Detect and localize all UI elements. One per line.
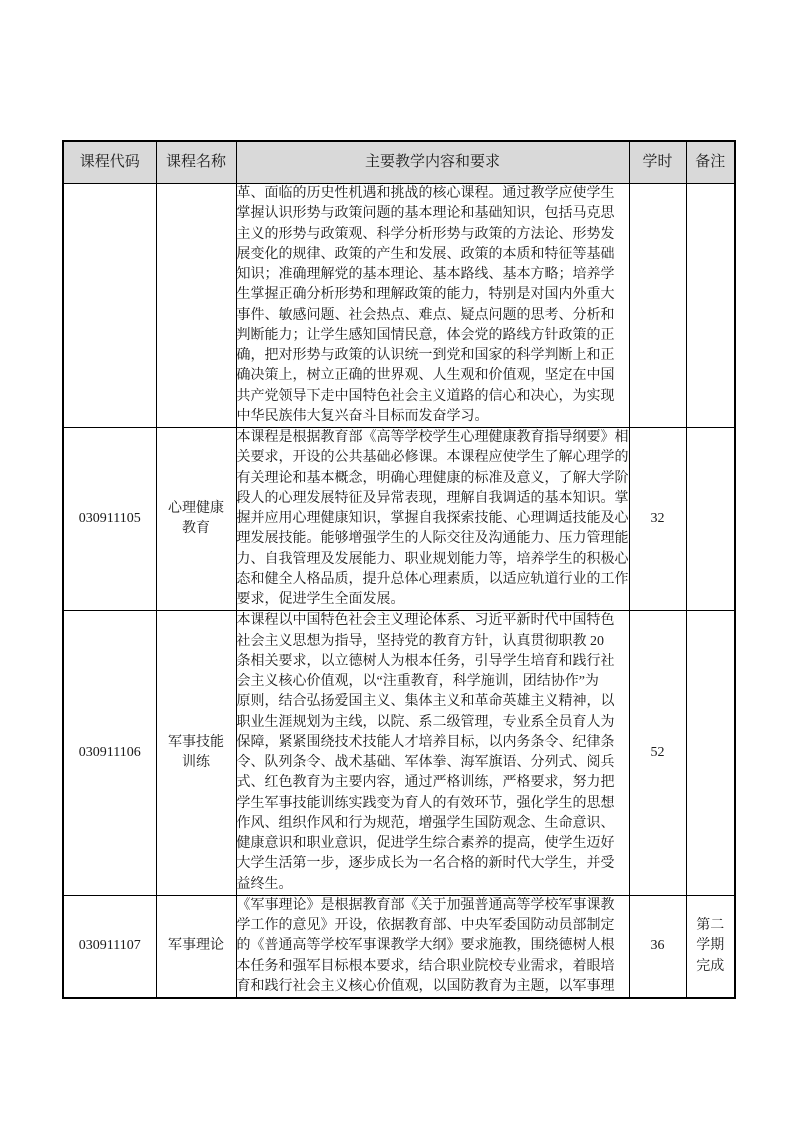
table-header-row: 课程代码 课程名称 主要教学内容和要求 学时 备注 [63,141,735,184]
header-course-name: 课程名称 [156,141,236,184]
document-page: 课程代码 课程名称 主要教学内容和要求 学时 备注 革、面临的历史性机遇和挑战的… [0,0,794,1123]
course-code-cell: 030911107 [63,895,156,998]
hours-cell [629,184,686,428]
table-row: 革、面临的历史性机遇和挑战的核心课程。通过教学应使学生 掌握认识形势与政策问题的… [63,184,735,428]
remark-cell [686,611,735,896]
content-cell: 本课程以中国特色社会主义理论体系、习近平新时代中国特色 社会主义思想为指导，坚持… [236,611,629,896]
header-course-code: 课程代码 [63,141,156,184]
course-code-cell: 030911105 [63,428,156,611]
remark-cell [686,184,735,428]
header-remark: 备注 [686,141,735,184]
header-hours: 学时 [629,141,686,184]
hours-cell: 32 [629,428,686,611]
remark-cell: 第二 学期 完成 [686,895,735,998]
content-cell: 本课程是根据教育部《高等学校学生心理健康教育指导纲要》相 关要求，开设的公共基础… [236,428,629,611]
content-cell: 革、面临的历史性机遇和挑战的核心课程。通过教学应使学生 掌握认识形势与政策问题的… [236,184,629,428]
course-code-cell [63,184,156,428]
course-table: 课程代码 课程名称 主要教学内容和要求 学时 备注 革、面临的历史性机遇和挑战的… [62,140,736,999]
course-name-cell: 军事理论 [156,895,236,998]
table-row: 030911105 心理健康 教育 本课程是根据教育部《高等学校学生心理健康教育… [63,428,735,611]
course-code-cell: 030911106 [63,611,156,896]
course-name-cell [156,184,236,428]
course-name-cell: 军事技能 训练 [156,611,236,896]
hours-cell: 36 [629,895,686,998]
content-cell: 《军事理论》是根据教育部《关于加强普通高等学校军事课教 学工作的意见》开设，依据… [236,895,629,998]
hours-cell: 52 [629,611,686,896]
header-content: 主要教学内容和要求 [236,141,629,184]
remark-cell [686,428,735,611]
table-row: 030911106 军事技能 训练 本课程以中国特色社会主义理论体系、习近平新时… [63,611,735,896]
course-name-cell: 心理健康 教育 [156,428,236,611]
table-row: 030911107 军事理论 《军事理论》是根据教育部《关于加强普通高等学校军事… [63,895,735,998]
